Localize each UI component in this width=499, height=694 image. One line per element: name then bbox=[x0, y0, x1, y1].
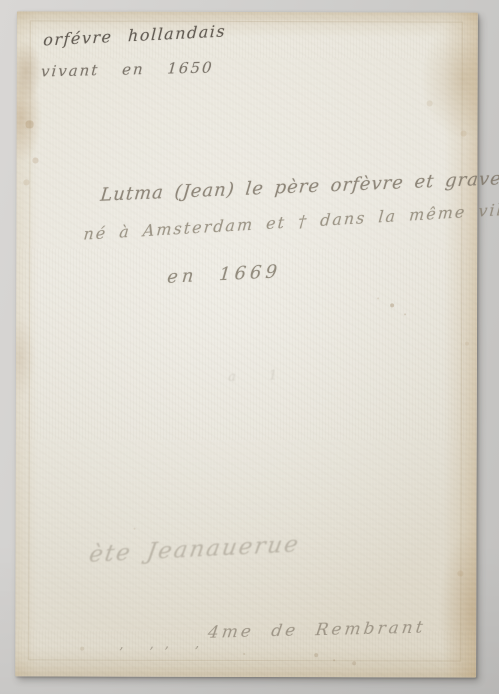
paper-sheet: orfévre hollandais vivant en 1650 Lutma … bbox=[15, 11, 478, 677]
photo-backdrop: orfévre hollandais vivant en 1650 Lutma … bbox=[0, 0, 499, 694]
foxing-spots bbox=[17, 11, 19, 13]
ghost-pencil-marks: a 1 bbox=[228, 368, 278, 385]
bottom-pencil-marks: , ,, , bbox=[119, 636, 210, 652]
